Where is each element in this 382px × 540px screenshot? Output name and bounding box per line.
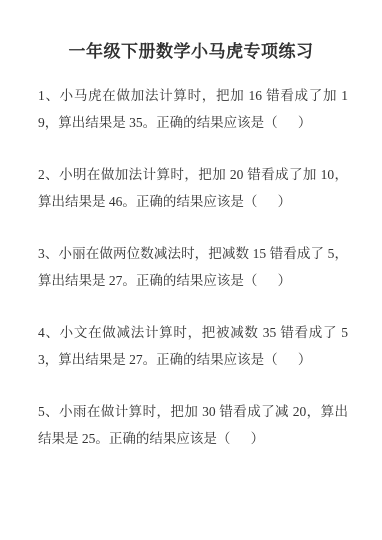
worksheet-page: 一年级下册数学小马虎专项练习 1、小马虎在做加法计算时，把加 16 错看成了加 … (0, 0, 382, 540)
question-item-5: 5、小雨在做计算时，把加 30 错看成了减 20，算出结果是 25。正确的结果应… (38, 398, 348, 452)
question-item-3: 3、小丽在做两位数减法时，把减数 15 错看成了 5，算出结果是 27。正确的结… (38, 240, 348, 294)
question-item-1: 1、小马虎在做加法计算时，把加 16 错看成了加 19，算出结果是 35。正确的… (38, 82, 348, 136)
question-list: 1、小马虎在做加法计算时，把加 16 错看成了加 19，算出结果是 35。正确的… (0, 82, 382, 452)
page-title: 一年级下册数学小马虎专项练习 (0, 40, 382, 64)
question-item-2: 2、小明在做加法计算时，把加 20 错看成了加 10，算出结果是 46。正确的结… (38, 161, 348, 215)
question-item-4: 4、小文在做减法计算时，把被减数 35 错看成了 53，算出结果是 27。正确的… (38, 319, 348, 373)
